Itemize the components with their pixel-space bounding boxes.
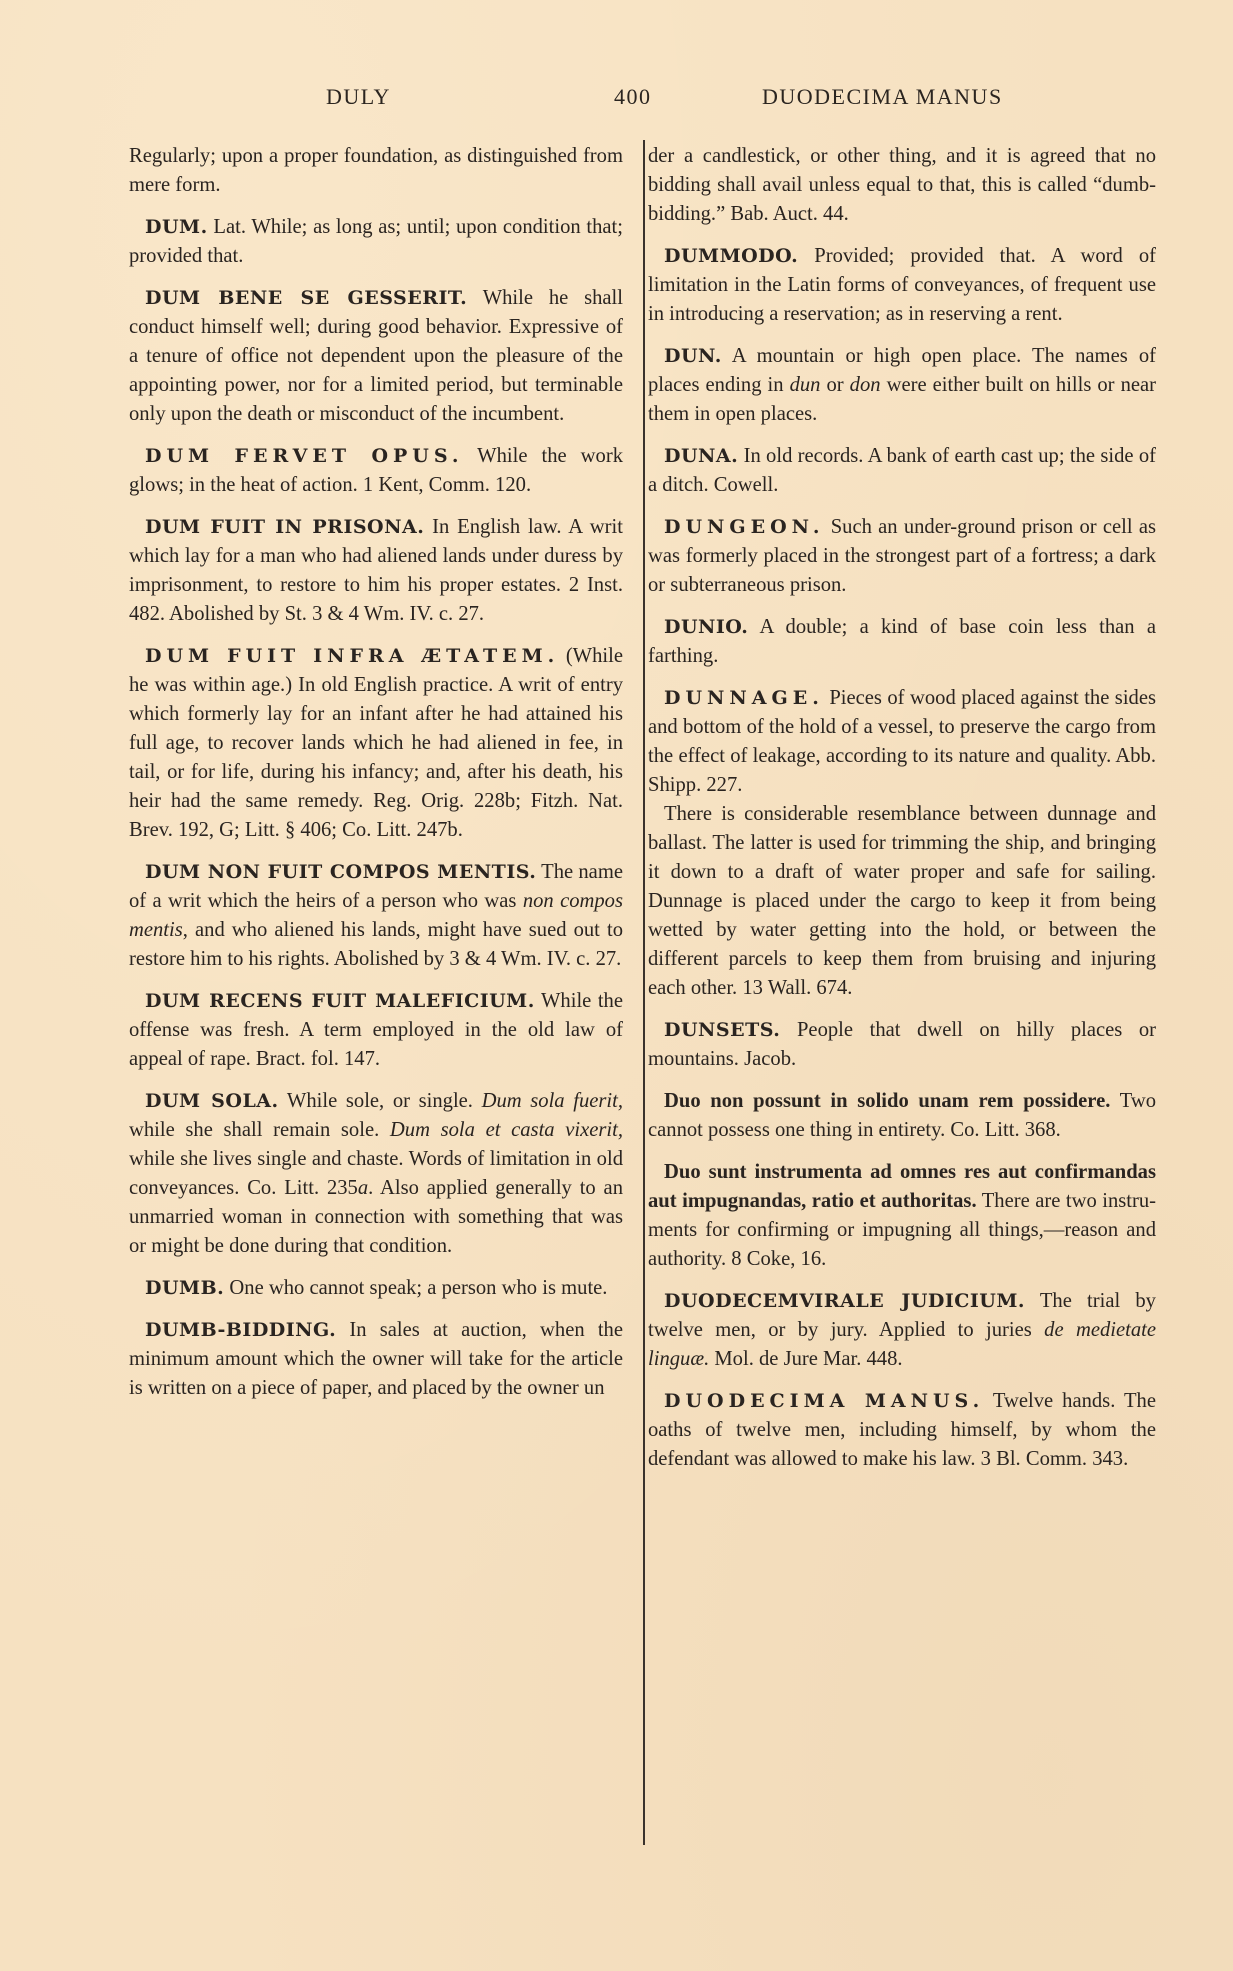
entry-dumb-bidding: DUMB-BIDDING. In sales at auction, when … (129, 1316, 623, 1403)
entry-dum-sola: DUM SOLA. While sole, or single. Dum sol… (129, 1087, 623, 1261)
entry-term: DUNSETS. (664, 1019, 780, 1041)
column-divider-rule (643, 140, 645, 1845)
entry-term: DUMB. (145, 1277, 224, 1299)
entry-text: Mol. de Jure Mar. 448. (709, 1348, 902, 1370)
entry-italic-text: dun (790, 374, 821, 396)
guide-word-left: DULY (326, 84, 391, 110)
entry-maxim-duo-non-possunt: Duo non possunt in solido unam rem possi… (648, 1087, 1156, 1145)
entry-term: DUN. (664, 345, 722, 367)
entry-dum-fuit-infra-aetatem: DUM FUIT INFRA ÆTATEM. (While he was wit… (129, 642, 623, 845)
entry-duodecemvirale-judicium: DUODECEMVIRALE JUDICIUM. The trial by tw… (648, 1287, 1156, 1374)
entry-term: DUNIO. (664, 616, 748, 638)
entry-term: DUM FERVET OPUS. (145, 445, 464, 467)
entry-italic-text: Dum sola fuerit, (482, 1090, 623, 1112)
entry-text: , and who aliened his lands, might have … (129, 919, 623, 970)
entry-term: DUM RECENS FUIT MALEFICI­UM. (145, 990, 535, 1012)
entry-dunsets: DUNSETS. People that dwell on hilly plac… (648, 1016, 1156, 1074)
entry-term: DUM BENE SE GESSERIT. (145, 287, 467, 309)
page-number: 400 (614, 84, 652, 110)
right-column: der a candlestick, or other thing, and i… (648, 142, 1156, 1487)
entry-second-paragraph: There is considerable resemblance betwee… (648, 800, 1156, 1003)
entry-term: DUM. (145, 216, 208, 238)
entry-text: One who cannot speak; a person who is mu… (224, 1277, 607, 1299)
entry-term: DUODECEMVIRALE JUDICIUM. (664, 1290, 1025, 1312)
entry-term: DUM FUIT INFRA ÆTATEM. (145, 645, 559, 667)
entry-term: DUNGEON. (664, 516, 824, 538)
entry-dum: DUM. Lat. While; as long as; until; upon… (129, 213, 623, 271)
entry-duodecima-manus: DUODECIMA MANUS. Twelve hands. The oaths… (648, 1387, 1156, 1474)
entry-dun: DUN. A mountain or high open place. The … (648, 342, 1156, 429)
continued-text: der a candlestick, or other thing, and i… (648, 142, 1156, 229)
entry-dummodo: DUMMODO. Provided; provided that. A word… (648, 242, 1156, 329)
entry-text: Regularly; upon a proper foundation, as … (129, 145, 623, 196)
entry-term: DUNA. (664, 445, 738, 467)
entry-text: While sole, or single. (279, 1090, 482, 1112)
running-head: DULY 400 DUODECIMA MANUS (0, 84, 1233, 116)
entry-maxim: Duo non possunt in solido unam rem possi… (664, 1090, 1110, 1112)
entry-duna: DUNA. In old records. A bank of earth ca… (648, 442, 1156, 500)
entry-text: or (820, 374, 849, 396)
entry-term: DUMMODO. (664, 245, 798, 267)
entry-term: DUODECIMA MANUS. (664, 1390, 984, 1412)
guide-word-right: DUODECIMA MANUS (762, 84, 1003, 110)
entry-dum-fervet-opus: DUM FERVET OPUS. While the work glows; i… (129, 442, 623, 500)
entry-term: DUM SOLA. (145, 1090, 279, 1112)
entry-dum-recens-fuit-maleficium: DUM RECENS FUIT MALEFICI­UM. While the o… (129, 987, 623, 1074)
entry-text: (While he was within age.) In old Englis… (129, 645, 623, 841)
entry-dunio: DUNIO. A double; a kind of base coin les… (648, 613, 1156, 671)
entry-italic-text: Dum sola et casta vixerit, (390, 1119, 623, 1141)
entry-text: while she shall remain sole. (129, 1119, 390, 1141)
entry-dumb: DUMB. One who cannot speak; a person who… (129, 1274, 623, 1303)
entry-term: DUM NON FUIT COMPOS MENTIS. (145, 861, 536, 883)
entry-italic-text: don (850, 374, 881, 396)
entry-term: DUMB-BIDDING. (145, 1319, 336, 1341)
entry-dunnage: DUNNAGE. Pieces of wood placed against t… (648, 684, 1156, 1003)
entry-dum-bene-se-gesserit: DUM BENE SE GESSERIT. While he shall con… (129, 284, 623, 429)
entry-italic-text: a (358, 1177, 368, 1199)
entry-dungeon: DUNGEON. Such an under-ground prison or … (648, 513, 1156, 600)
entry-maxim-duo-sunt-instrumenta: Duo sunt instrumenta ad omnes res aut co… (648, 1158, 1156, 1274)
entry-term: DUM FUIT IN PRISONA. (145, 516, 424, 538)
entry-dum-fuit-in-prisona: DUM FUIT IN PRISONA. In En­glish law. A … (129, 513, 623, 629)
entry-term: DUNNAGE. (664, 687, 824, 709)
entry-text: der a candlestick, or other thing, and i… (648, 145, 1156, 225)
left-column: Regularly; upon a proper foundation, as … (129, 142, 623, 1416)
continued-text: Regularly; upon a proper foundation, as … (129, 142, 623, 200)
dictionary-page: DULY 400 DUODECIMA MANUS Regularly; upon… (0, 0, 1233, 1971)
entry-dum-non-fuit-compos-mentis: DUM NON FUIT COMPOS MENTIS. The name of … (129, 858, 623, 974)
